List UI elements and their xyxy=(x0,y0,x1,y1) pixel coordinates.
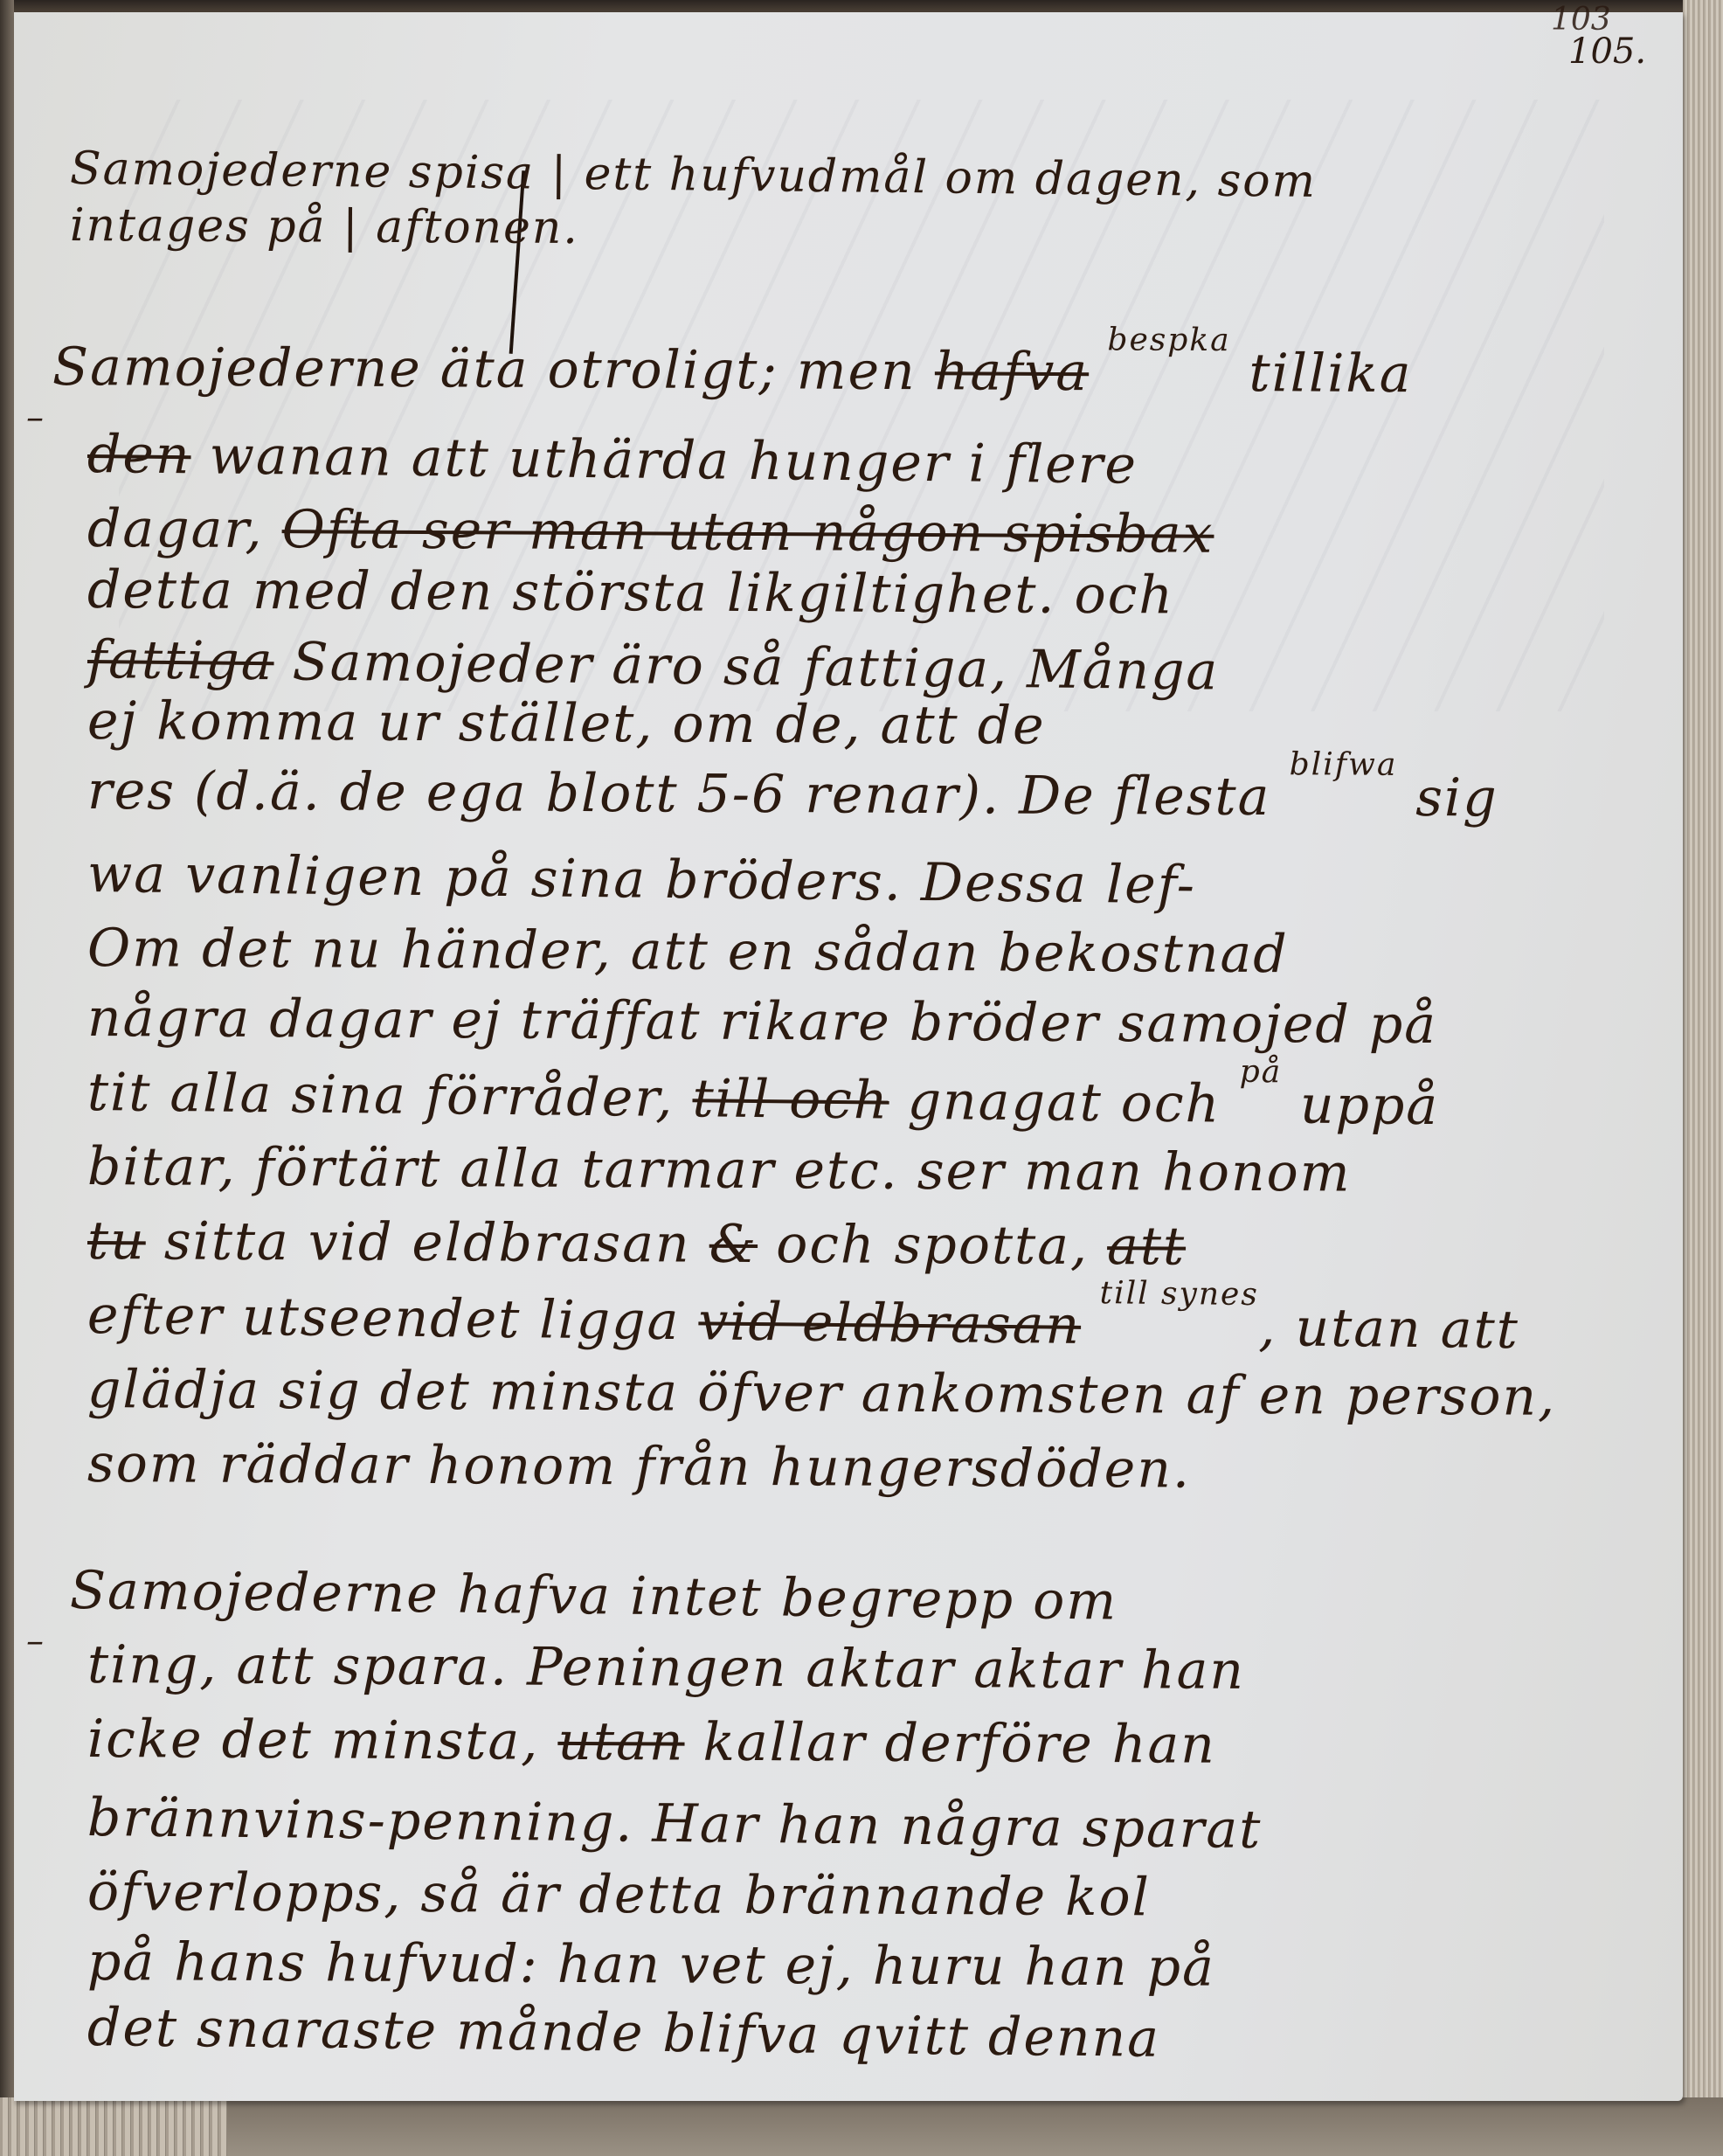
text-run: sitta vid eldbrasan xyxy=(146,1210,709,1274)
manuscript-line: det snaraste månde blifva qvitt denna xyxy=(87,1997,1161,2069)
text-run: tillika xyxy=(1230,343,1412,405)
manuscript-line: Om det nu händer, att en sådan bekostnad xyxy=(87,918,1289,985)
text-run: gnagat och xyxy=(889,1071,1239,1135)
manuscript-line: glädja sig det minsta öfver ankomsten af… xyxy=(87,1359,1557,1428)
manuscript-line: öfverlopps, så är detta brännande kol xyxy=(87,1861,1151,1928)
struck-text: & xyxy=(709,1214,758,1275)
manuscript-line: några dagar ej träffat rikare bröder sam… xyxy=(87,988,1437,1056)
manuscript-line: dagar, Ofta ser man utan någon spisbax xyxy=(87,498,1214,565)
text-run: kallar derföre han xyxy=(684,1712,1216,1776)
paragraph-dash: – xyxy=(26,1621,44,1661)
text-run: detta med den största likgiltighet. och xyxy=(87,559,1174,627)
text-run: och spotta, xyxy=(758,1214,1107,1277)
struck-text: den xyxy=(87,424,191,486)
text-run: glädja sig det minsta öfver ankomsten af… xyxy=(87,1359,1557,1428)
text-run: dagar, xyxy=(87,498,282,560)
text-run: öfverlopps, så är detta brännande kol xyxy=(87,1861,1151,1928)
interlinear-insertion: blifwa xyxy=(1290,746,1398,783)
page-fore-edge xyxy=(1683,0,1723,2106)
manuscript-page xyxy=(14,12,1683,2101)
struck-text: vid eldbrasan xyxy=(698,1291,1081,1356)
manuscript-line: Samojederne äta otroligt; men hafva besp… xyxy=(52,336,1413,405)
text-run: res (d.ä. de ega blott 5-6 renar). De fl… xyxy=(87,760,1290,828)
page-stack-bottom xyxy=(0,2097,1723,2156)
manuscript-line: den wanan att uthärda hunger i flere xyxy=(87,424,1138,496)
text-run: som räddar honom från hungersdöden. xyxy=(87,1433,1191,1501)
text-run: uppå xyxy=(1281,1074,1439,1137)
text-run: bitar, förtärt alla tarmar etc. ser man … xyxy=(87,1136,1352,1204)
text-run: brännvins-penning. Har han några sparat xyxy=(87,1787,1263,1861)
struck-text: att xyxy=(1107,1216,1186,1277)
manuscript-line: ting, att spara. Peningen aktar aktar ha… xyxy=(87,1634,1245,1702)
interlinear-insertion: till synes xyxy=(1099,1275,1259,1313)
manuscript-line: ej komma ur stället, om de, att de xyxy=(87,690,1046,757)
text-run: Samojederne äta otroligt; men xyxy=(52,336,935,402)
text-run: ting, att spara. Peningen aktar aktar ha… xyxy=(87,1634,1245,1702)
manuscript-line: res (d.ä. de ega blott 5-6 renar). De fl… xyxy=(87,760,1498,828)
manuscript-line: på hans hufvud: han vet ej, huru han på xyxy=(87,1931,1215,1999)
manuscript-line: tu sitta vid eldbrasan & och spotta, att xyxy=(87,1210,1186,1278)
text-run: tit alla sina förråder, xyxy=(87,1062,693,1129)
paragraph-dash: – xyxy=(26,398,44,438)
struck-text: fattiga xyxy=(87,629,274,692)
text-run: sig xyxy=(1397,767,1498,829)
text-run: icke det minsta, xyxy=(87,1709,558,1772)
manuscript-line: detta med den största likgiltighet. och xyxy=(87,559,1174,627)
text-run: wanan att uthärda hunger i flere xyxy=(190,425,1138,496)
manuscript-line: bitar, förtärt alla tarmar etc. ser man … xyxy=(87,1136,1352,1204)
interlinear-insertion: på xyxy=(1239,1054,1282,1091)
text-run: Om det nu händer, att en sådan bekostnad xyxy=(87,918,1289,985)
text-run: , utan att xyxy=(1258,1297,1519,1361)
text-run: några dagar ej träffat rikare bröder sam… xyxy=(87,988,1437,1056)
struck-text: till och xyxy=(692,1068,889,1131)
manuscript-line: brännvins-penning. Har han några sparat xyxy=(87,1787,1263,1861)
struck-text: tu xyxy=(87,1210,146,1272)
struck-text: utan xyxy=(557,1711,685,1773)
manuscript-line: intages på | aftonen. xyxy=(70,199,579,254)
folio-number: 105. xyxy=(1568,31,1646,72)
text-run: Samojederne hafva intet begrepp om xyxy=(70,1560,1118,1633)
text-run: det snaraste månde blifva qvitt denna xyxy=(87,1997,1161,2069)
interlinear-insertion: bespka xyxy=(1107,322,1230,358)
text-run: intages på | aftonen. xyxy=(70,199,579,254)
text-run: på hans hufvud: han vet ej, huru han på xyxy=(87,1931,1215,1999)
text-run: efter utseendet ligga xyxy=(87,1285,699,1352)
text-run: ej komma ur stället, om de, att de xyxy=(87,690,1046,757)
manuscript-line: Samojederne hafva intet begrepp om xyxy=(70,1560,1118,1633)
text-run xyxy=(1089,342,1107,403)
text-run: wa vanligen på sina bröders. Dessa lef- xyxy=(87,843,1197,916)
struck-text: Ofta ser man utan någon spisbax xyxy=(281,499,1214,565)
manuscript-line: wa vanligen på sina bröders. Dessa lef- xyxy=(87,843,1197,916)
manuscript-line: icke det minsta, utan kallar derföre han xyxy=(87,1709,1216,1776)
struck-text: hafva xyxy=(935,341,1090,403)
book-binding-left xyxy=(0,0,14,2156)
shadow xyxy=(227,2097,1723,2156)
manuscript-line: som räddar honom från hungersdöden. xyxy=(87,1433,1191,1501)
text-run xyxy=(1081,1295,1100,1356)
